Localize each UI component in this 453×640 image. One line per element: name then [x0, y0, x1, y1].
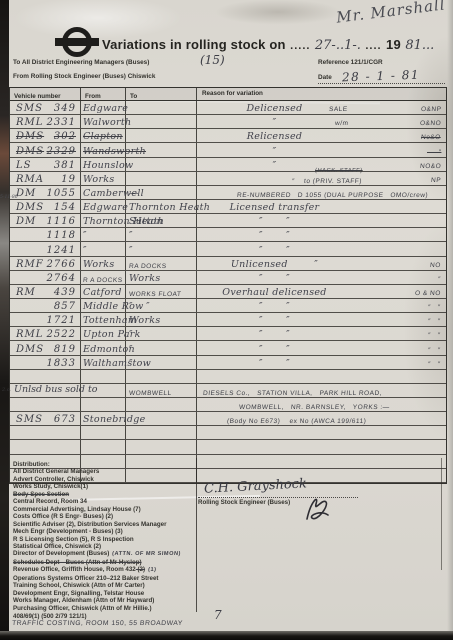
- vehicle-prefix: SMS: [16, 414, 43, 425]
- vehicle-number-cell: SMS349: [10, 101, 81, 114]
- signature-scrawl-icon: [300, 491, 336, 527]
- vehicle-number-cell: SMS673: [10, 412, 81, 425]
- vehicle-number: 1055: [47, 188, 76, 199]
- reason-text: RE-NUMBERED D 1055 (DUAL PURPOSE OMO/cre…: [237, 192, 429, 199]
- from-cell: Wandsworth: [81, 143, 126, 156]
- date-line: Date 28 - 1 - 81: [318, 66, 445, 84]
- to-cell: [126, 412, 197, 425]
- scan-edge-left: [0, 0, 9, 640]
- handwritten-title-year: 81...: [405, 38, 434, 53]
- reason-cell: DelicensedSALEO&NP: [197, 101, 446, 114]
- table-row: RML2331Walworth″w/mO&NO: [10, 115, 446, 129]
- vehicle-number-cell: DM1055: [10, 186, 81, 199]
- vehicle-number: 2522: [47, 329, 76, 340]
- table-row: DMS154EdgwareThornton HeathLicensed tran…: [10, 200, 446, 214]
- from-cell: Catford: [81, 285, 126, 298]
- from-cell: Middle Row: [81, 299, 126, 312]
- to-cell: [126, 101, 197, 114]
- handwritten-date-value: 28 - 1 - 81: [342, 68, 420, 85]
- vehicle-number-cell: [10, 370, 81, 383]
- distribution-item: Works Manager, Aldenham (Attn of Mr Hayw…: [13, 597, 193, 604]
- distribution-item-text: Schedules Dept—Buses (Attn of Mr Hyslop): [13, 559, 142, 566]
- reason-text: ″ ″: [197, 358, 352, 369]
- reason-note-b: — ″: [426, 149, 441, 156]
- distribution-item: Revenue Office, Griffith House, Room 432…: [13, 566, 193, 574]
- to-cell: ″: [126, 242, 197, 255]
- vehicle-prefix: DMS: [16, 202, 44, 213]
- from-garage: Edgware: [83, 202, 128, 213]
- to-cell: ″: [126, 327, 197, 340]
- vehicle-number-cell: RML2522: [10, 327, 81, 340]
- vehicle-number: 1116: [47, 216, 76, 227]
- reason-cell: ″ ″: [197, 242, 446, 255]
- reason-cell: ″ ″″ ″: [197, 341, 446, 354]
- vehicle-number-cell: 857: [10, 299, 81, 312]
- struck-annotation: (HACK. STAFF): [315, 168, 363, 174]
- reason-cell: ″ ″″ ″: [197, 356, 446, 369]
- form-rule-vertical: [441, 458, 442, 570]
- reason-text: Licensed transfer: [197, 202, 352, 213]
- vehicle-prefix: RML: [16, 117, 43, 128]
- distribution-item-text: Costs Office (R S Engr- Buses) (2): [13, 513, 113, 520]
- reason-cell: ″ ″: [197, 214, 446, 227]
- reason-note-b: O & NO: [415, 290, 441, 297]
- reason-cell: [197, 455, 446, 468]
- vehicle-number: 1833: [47, 358, 76, 369]
- distribution-item-text: Development Engr, Signalling, Telstar Ho…: [13, 590, 144, 597]
- vehicle-number-cell: DMS819: [10, 341, 81, 354]
- from-cell: Edgware: [81, 101, 126, 114]
- from-cell: Tottenham: [81, 313, 126, 326]
- distribution-item: All District General Managers: [13, 468, 193, 475]
- vehicle-number: 302: [54, 131, 76, 142]
- table-row: RML2522Upton Park″″ ″″ ″: [10, 327, 446, 341]
- table-row: 2764R A DOCKSWorks″ ″″: [10, 271, 446, 285]
- table-row: LS381Hounslow″NO&O: [10, 158, 446, 172]
- to-cell: [126, 129, 197, 142]
- vehicle-number: 381: [54, 160, 76, 171]
- reason-cell: WOMBWELL, NR. BARNSLEY, YORKS :—: [197, 398, 446, 411]
- from-cell: Works: [81, 172, 126, 185]
- table-header-row: Vehicle number From To Reason for variat…: [10, 88, 446, 101]
- from-cell: ″: [81, 242, 126, 255]
- reason-note-b: ″: [438, 276, 441, 283]
- from-garage: Walworth: [83, 117, 131, 128]
- from-cell: [81, 370, 126, 383]
- to-garage: WOMBWELL: [129, 390, 172, 397]
- to-cell: —: [126, 186, 197, 199]
- column-header-reason: Reason for variation: [197, 88, 446, 100]
- vehicle-number-cell: 1721: [10, 313, 81, 326]
- distribution-item-text: Central Record, Room 34: [13, 498, 87, 505]
- vehicle-number: 2331: [47, 117, 76, 128]
- title-year-printed: 19: [386, 37, 401, 52]
- handwritten-title-date: 27-..1-.: [315, 38, 361, 53]
- reason-text: ″ ″: [197, 216, 352, 227]
- reason-cell: ″— ″: [197, 143, 446, 156]
- distribution-item: Director of Development (Buses)(ATTN. OF…: [13, 550, 193, 558]
- vehicle-prefix: RM: [16, 287, 36, 298]
- vehicle-number-cell: 1833: [10, 356, 81, 369]
- to-garage: WORKS FLOAT: [129, 291, 182, 298]
- reason-cell: RelicensedNo&O: [197, 129, 446, 142]
- reason-cell: Overhaul delicensedO & NO: [197, 285, 446, 298]
- scan-edge-right: [447, 0, 453, 640]
- to-garage: ″: [129, 329, 133, 340]
- distribution-item: Central Record, Room 34: [13, 498, 193, 505]
- distribution-item-text: Revenue Office, Griffith House, Room 432: [13, 566, 136, 573]
- handwritten-signature: C.H. Grayshock: [204, 476, 308, 496]
- table-row: DMS2329Wandsworth″— ″: [10, 143, 446, 157]
- to-cell: RA DOCKS: [126, 257, 197, 270]
- to-cell: Thornton Heath: [126, 200, 197, 213]
- to-garage: —: [129, 188, 139, 199]
- scan-edge-bottom: [0, 631, 453, 640]
- reason-note-b: ″ ″: [428, 304, 441, 311]
- from-garage: Edgware: [83, 103, 128, 114]
- distribution-item-text: Operations Systems Officer 210–212 Baker…: [13, 575, 158, 582]
- table-row: [10, 426, 446, 440]
- vehicle-prefix: DMS: [16, 131, 44, 142]
- reason-note-b: NP: [431, 177, 442, 184]
- table-row: 857Middle Row″ ″″ ″″ ″: [10, 299, 446, 313]
- from-cell: Stonebridge: [81, 412, 126, 425]
- from-cell: Upton Park: [81, 327, 126, 340]
- to-garage: ″: [129, 230, 133, 241]
- vehicle-number-cell: 2764: [10, 271, 81, 284]
- table-row: RM439CatfordWORKS FLOATOverhaul delicens…: [10, 285, 446, 299]
- distribution-item: Purchasing Officer, Chiswick (Attn of Mr…: [13, 605, 193, 612]
- vehicle-number-cell: RML2331: [10, 115, 81, 128]
- vehicle-number: 349: [54, 103, 76, 114]
- vehicle-number: 154: [54, 202, 76, 213]
- reason-text: ″ ″: [197, 273, 352, 284]
- reason-note-b: O&NP: [420, 106, 441, 113]
- column-header-vehicle: Vehicle number: [10, 88, 81, 100]
- to-cell: [126, 370, 197, 383]
- distribution-item: Commercial Advertising, Lindsay House (7…: [13, 506, 193, 513]
- vehicle-prefix: DM: [16, 188, 36, 199]
- vehicle-prefix: LS: [16, 160, 32, 171]
- to-garage: Sutton: [129, 216, 163, 227]
- distribution-item: Scientific Adviser (2), Distribution Ser…: [13, 521, 193, 528]
- distribution-item-text: Training School, Chiswick (Attn of Mr Ca…: [13, 582, 145, 589]
- reason-text: ″ ″: [197, 315, 352, 326]
- vehicle-number: 2766: [47, 259, 76, 270]
- distribution-item: Body Spec Section: [13, 491, 193, 498]
- distribution-item-text: Mech Engr (Development - Buses) (3): [13, 528, 123, 535]
- table-row: RMA19Works″ to (PRIV. STAFF)(HACK. STAFF…: [10, 172, 446, 186]
- reason-text: ″ ″: [197, 245, 352, 256]
- from-garage: R A DOCKS: [83, 277, 123, 284]
- table-row: DMS302ClaptonRelicensedNo&O: [10, 129, 446, 143]
- table-row: 1118″″″ ″: [10, 228, 446, 242]
- reason-note-a: w/m: [334, 120, 348, 127]
- distribution-heading: Distribution:: [13, 461, 193, 468]
- struck-suffix: (2): [136, 566, 145, 573]
- from-cell: [81, 384, 126, 397]
- from-cell: Edgware: [81, 200, 126, 213]
- to-cell: ″: [126, 228, 197, 241]
- to-cell: WOMBWELL: [126, 384, 197, 397]
- to-cell: Works: [126, 313, 197, 326]
- reason-text: Relicensed: [197, 131, 352, 142]
- vehicle-number-cell: RMA19: [10, 172, 81, 185]
- table-row: DMS819Edmonton″″ ″″ ″: [10, 341, 446, 355]
- vehicle-number-cell: DMS302: [10, 129, 81, 142]
- reason-text: ″ ″: [197, 301, 352, 312]
- distribution-item-text: All District General Managers: [13, 468, 99, 475]
- to-cell: Sutton: [126, 214, 197, 227]
- signature-block: C.H. Grayshock Rolling Stock Engineer (B…: [198, 477, 368, 506]
- from-cell: Walthamstow: [81, 356, 126, 369]
- vehicle-number: 2329: [47, 146, 76, 157]
- distribution-item: R S Licensing Section (5), R S Inspectio…: [13, 536, 193, 543]
- reason-cell: ″ ″: [197, 228, 446, 241]
- reason-cell: ″ to (PRIV. STAFF)(HACK. STAFF)NP: [197, 172, 446, 185]
- from-garage: Clapton: [83, 131, 123, 142]
- title-text: Variations in rolling stock on: [102, 37, 286, 52]
- vehicle-number: 1241: [47, 245, 76, 256]
- signature-role: Rolling Stock Engineer (Buses): [198, 499, 368, 506]
- margin-note: 5-11-80: [0, 195, 18, 200]
- vehicle-number-cell: LS381: [10, 158, 81, 171]
- distribution-item: Schedules Dept—Buses (Attn of Mr Hyslop): [13, 559, 193, 566]
- reason-cell: ″ ″″ ″: [197, 299, 446, 312]
- to-garage: Works: [129, 315, 161, 326]
- table-row: WOMBWELL, NR. BARNSLEY, YORKS :—: [10, 398, 446, 412]
- reason-note-b: NO&O: [420, 163, 442, 170]
- distribution-item: Mech Engr (Development - Buses) (3): [13, 528, 193, 535]
- reason-text: ″: [197, 146, 352, 157]
- vehicle-number: 19: [61, 174, 76, 185]
- from-cell: [81, 440, 126, 453]
- reason-note-b: NO: [430, 262, 441, 269]
- reason-text: ″ ″: [197, 230, 352, 241]
- distribution-item-text: Statistical Office, Chiswick (2): [13, 543, 101, 550]
- reason-cell: Licensed transfer: [197, 200, 446, 213]
- column-header-from: From: [81, 88, 126, 100]
- to-cell: [126, 143, 197, 156]
- vehicle-number-cell: 1241: [10, 242, 81, 255]
- distribution-item-text: Commercial Advertising, Lindsay House (7…: [13, 506, 141, 513]
- from-cell: Edmonton: [81, 341, 126, 354]
- reason-note-b: O&NO: [420, 120, 442, 127]
- distribution-item: Advert Controller, Chiswick: [13, 476, 193, 483]
- reason-note-a: SALE: [329, 106, 348, 113]
- vehicle-prefix: DMS: [16, 146, 44, 157]
- to-cell: [126, 172, 197, 185]
- distribution-item-text: Body Spec Section: [13, 491, 69, 498]
- reason-text: WOMBWELL, NR. BARNSLEY, YORKS :—: [239, 404, 390, 411]
- vehicle-number: 439: [54, 287, 76, 298]
- reason-cell: Unlicensed ″NO: [197, 257, 446, 270]
- form-title: Variations in rolling stock on ..... 27-…: [102, 36, 434, 54]
- reason-cell: ″ ″″ ″: [197, 313, 446, 326]
- to-cell: [126, 398, 197, 411]
- vehicle-number-cell: [10, 426, 81, 439]
- table-row: SMS673Stonebridge(Body No E673) ex No (A…: [10, 412, 446, 426]
- vehicle-number: 857: [54, 301, 76, 312]
- table-row: DM1116Thornton HeathSutton″ ″: [10, 214, 446, 228]
- to-cell: [126, 115, 197, 128]
- distribution-item-text: Advert Controller, Chiswick: [13, 476, 94, 483]
- handwritten-annotation: (ATTN. OF MR SIMON): [112, 551, 181, 558]
- distribution-item-text: Works Study, Chiswick(1): [13, 483, 88, 490]
- to-cell: WORKS FLOAT: [126, 285, 197, 298]
- page-number: 7: [214, 608, 222, 622]
- to-cell: ″ ″: [126, 299, 197, 312]
- reason-text: Overhaul delicensed: [197, 287, 352, 298]
- table-row: DM1055Camberwell—RE-NUMBERED D 1055 (DUA…: [10, 186, 446, 200]
- from-cell: Camberwell: [81, 186, 126, 199]
- to-cell: ″: [126, 341, 197, 354]
- table-row: RMF2766WorksRA DOCKSUnlicensed ″NO: [10, 257, 446, 271]
- table-body: SMS349EdgwareDelicensedSALEO&NPRML2331Wa…: [10, 101, 446, 483]
- title-dots: ....: [365, 40, 381, 52]
- vehicle-number-cell: DMS2329: [10, 143, 81, 156]
- variations-table: Vehicle number From To Reason for variat…: [9, 87, 447, 484]
- distribution-item: Statistical Office, Chiswick (2): [13, 543, 193, 550]
- to-garage: Works: [129, 273, 161, 284]
- distribution-item-text: Purchasing Officer, Chiswick (Attn of Mr…: [13, 605, 152, 612]
- reason-cell: ″ ″″: [197, 271, 446, 284]
- reason-text: DIESELS Co., STATION VILLA, PARK HILL RO…: [203, 390, 383, 397]
- reason-note-b: ″ ″: [428, 347, 441, 354]
- to-cell: Works: [126, 271, 197, 284]
- distribution-item: Training School, Chiswick (Attn of Mr Ca…: [13, 582, 193, 589]
- to-garage: ″: [129, 358, 133, 369]
- to-cell: ″: [126, 356, 197, 369]
- table-row: 1721TottenhamWorks″ ″″ ″: [10, 313, 446, 327]
- to-garage: ″: [129, 245, 133, 256]
- handwritten-footer-note: TRAFFIC COSTING, ROOM 150, 55 BROADWAY: [12, 620, 183, 627]
- vehicle-number-cell: [10, 440, 81, 453]
- from-cell: Walworth: [81, 115, 126, 128]
- london-transport-roundel-icon: [55, 27, 99, 57]
- reason-text: ″ ″: [197, 344, 352, 355]
- from-line: From Rolling Stock Engineer (Buses) Chis…: [13, 73, 155, 80]
- to-garage: ″: [129, 344, 133, 355]
- vehicle-number-cell: [10, 398, 81, 411]
- distribution-item-text: R S Licensing Section (5), R S Inspectio…: [13, 536, 134, 543]
- reason-cell: ″ ″″ ″: [197, 327, 446, 340]
- to-cell: [126, 440, 197, 453]
- vehicle-prefix: RMA: [16, 174, 44, 185]
- reason-text: ″ to (PRIV. STAFF): [292, 178, 362, 185]
- from-cell: [81, 426, 126, 439]
- handwritten-copies-count: (15): [200, 53, 225, 67]
- vehicle-prefix: SMS: [16, 103, 43, 114]
- scanned-document: Mr. Marshall Variations in rolling stock…: [0, 0, 453, 640]
- reason-text: ″: [197, 117, 352, 128]
- reason-note-b: ″ ″: [428, 361, 441, 368]
- reason-cell: DIESELS Co., STATION VILLA, PARK HILL RO…: [197, 384, 446, 397]
- column-header-to: To: [126, 88, 197, 100]
- form-rule-vertical: [196, 458, 197, 612]
- reason-cell: [197, 370, 446, 383]
- from-garage: Catford: [83, 287, 122, 298]
- from-cell: ″: [81, 228, 126, 241]
- reference-number: Reference 121/1/CGR: [318, 59, 383, 66]
- vehicle-number-cell: DMS154: [10, 200, 81, 213]
- from-cell: Thornton Heath: [81, 214, 126, 227]
- reason-text: (Body No E673) ex No (AWCA 199/611): [227, 418, 367, 425]
- vehicle-number-cell: RMF2766: [10, 257, 81, 270]
- vehicle-number-cell: 1118: [10, 228, 81, 241]
- roundel-ring: [62, 27, 92, 57]
- distribution-item-text: Scientific Adviser (2), Distribution Ser…: [13, 521, 166, 528]
- margin-note: 2.o.: [2, 387, 11, 393]
- vehicle-number: 2764: [47, 273, 76, 284]
- reason-cell: (Body No E673) ex No (AWCA 199/611): [197, 412, 446, 425]
- reason-cell: RE-NUMBERED D 1055 (DUAL PURPOSE OMO/cre…: [197, 186, 446, 199]
- table-row: Unlsd bus sold toWOMBWELLDIESELS Co., ST…: [10, 384, 446, 398]
- to-cell: [126, 426, 197, 439]
- distribution-item: Operations Systems Officer 210–212 Baker…: [13, 575, 193, 582]
- vehicle-number: 1118: [47, 230, 76, 241]
- to-line: To All District Engineering Managers (Bu…: [13, 59, 149, 66]
- vehicle-prefix: DM: [16, 216, 36, 227]
- vehicle-number-cell: Unlsd bus sold to: [10, 384, 81, 397]
- reason-note-b: No&O: [421, 134, 441, 141]
- reason-cell: [197, 426, 446, 439]
- reason-note-b: ″ ″: [428, 332, 441, 339]
- distribution-items: All District General ManagersAdvert Cont…: [13, 468, 193, 612]
- distribution-item-text: Works Manager, Aldenham (Attn of Mr Hayw…: [13, 597, 154, 604]
- reason-note-b: ″ ″: [428, 318, 441, 325]
- vehicle-number: 819: [54, 344, 76, 355]
- vehicle-number-cell: DM1116: [10, 214, 81, 227]
- table-row: 1241″″″ ″: [10, 242, 446, 256]
- vehicle-prefix: RML: [16, 329, 43, 340]
- from-garage: Works: [83, 259, 115, 270]
- to-garage: RA DOCKS: [129, 263, 167, 270]
- from-cell: Works: [81, 257, 126, 270]
- reason-cell: ″w/mO&NO: [197, 115, 446, 128]
- distribution-item: Development Engr, Signalling, Telstar Ho…: [13, 590, 193, 597]
- reason-text: ″ ″: [197, 329, 352, 340]
- from-cell: Hounslow: [81, 158, 126, 171]
- date-label: Date: [318, 74, 332, 81]
- vehicle-prefix: RMF: [16, 259, 44, 270]
- distribution-item: Works Study, Chiswick(1): [13, 483, 193, 490]
- vehicle-number: 673: [54, 414, 76, 425]
- form-number: 408/69(1) (500 2/79 121/1): [13, 613, 87, 620]
- to-cell: [126, 158, 197, 171]
- distribution-item: Costs Office (R S Engr- Buses) (2): [13, 513, 193, 520]
- vehicle-number-cell: RM439: [10, 285, 81, 298]
- table-row: [10, 370, 446, 384]
- from-cell: [81, 398, 126, 411]
- table-row: 1833Walthamstow″″ ″″ ″: [10, 356, 446, 370]
- reason-cell: [197, 440, 446, 453]
- to-garage: ″ ″: [129, 301, 150, 312]
- vehicle-number: 1721: [47, 315, 76, 326]
- from-cell: R A DOCKS: [81, 271, 126, 284]
- from-garage: ″: [83, 230, 87, 241]
- title-dots: .....: [290, 40, 310, 52]
- handwritten-annotation: (1): [148, 567, 157, 574]
- from-cell: Clapton: [81, 129, 126, 142]
- table-row: [10, 440, 446, 454]
- distribution-list: Distribution: All District General Manag…: [13, 461, 193, 612]
- from-garage: ″: [83, 245, 87, 256]
- table-row: SMS349EdgwareDelicensedSALEO&NP: [10, 101, 446, 115]
- vehicle-prefix: DMS: [16, 344, 44, 355]
- reason-text: Unlicensed ″: [197, 259, 352, 270]
- distribution-item-text: Director of Development (Buses): [13, 550, 109, 557]
